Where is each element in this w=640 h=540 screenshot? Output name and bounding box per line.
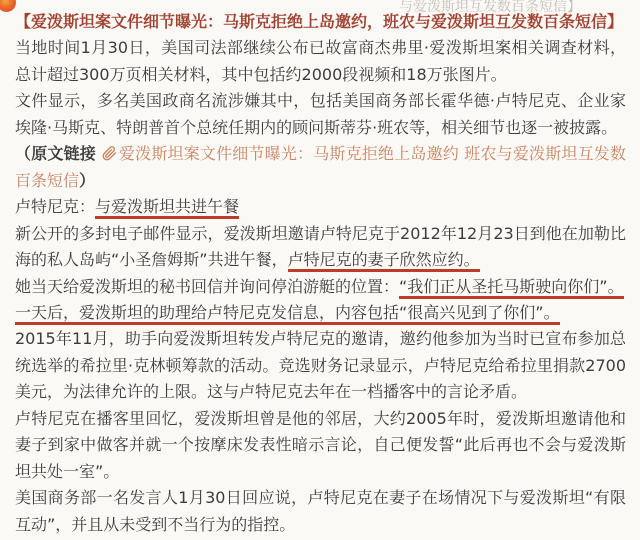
red-underlined-text: 卢特尼克的妻子欣然应约。 bbox=[288, 250, 480, 272]
text-segment: 她当天给爱泼斯坦的秘书回信并询问停泊游艇的位置： bbox=[15, 277, 399, 296]
text-segment: 美国商务部一名发言人1月30日回应说，卢特尼克在妻子在场情况下与爱泼斯坦“有限互… bbox=[15, 488, 626, 533]
article-page: { "page": { "background": "#fbf9f6", "te… bbox=[0, 0, 640, 540]
paragraph: 一天后，爱泼斯坦的助理给卢特尼克发信息，内容包括“很高兴见到了你们”。 bbox=[15, 300, 626, 326]
red-underlined-text: “我们正从圣托马斯驶向你们”。 bbox=[399, 277, 624, 299]
text-segment: ） bbox=[79, 171, 95, 190]
article-title: 【爱泼斯坦案文件细节曝光：马斯克拒绝上岛邀约，班农与爱泼斯坦互发数百条短信】 bbox=[15, 9, 626, 35]
paragraph: 她当天给爱泼斯坦的秘书回信并询问停泊游艇的位置：“我们正从圣托马斯驶向你们”。 bbox=[15, 274, 626, 300]
paragraph: 新公开的多封电子邮件显示，爱泼斯坦邀请卢特尼克于2012年12月23日到他在加勒… bbox=[15, 221, 626, 274]
paragraph: 卢特尼克：与爱泼斯坦共进午餐 bbox=[15, 194, 626, 220]
paragraph-list: 当地时间1月30日，美国司法部继续公布已故富商杰弗里·爱泼斯坦案相关调查材料，总… bbox=[15, 35, 626, 538]
text-segment: 当地时间1月30日，美国司法部继续公布已故富商杰弗里·爱泼斯坦案相关调查材料，总… bbox=[15, 38, 626, 83]
text-segment: 文件显示，多名美国政商名流涉嫌其中，包括美国商务部长霍华德·卢特尼克、企业家埃隆… bbox=[15, 91, 626, 136]
paragraph: 美国商务部一名发言人1月30日回应说，卢特尼克在妻子在场情况下与爱泼斯坦“有限互… bbox=[15, 485, 626, 538]
text-segment: 卢特尼克在播客里回忆，爱泼斯坦曾是他的邻居，大约2005年时，爱泼斯坦邀请他和妻… bbox=[15, 409, 626, 481]
paperclip-icon bbox=[102, 146, 117, 161]
paragraph: 卢特尼克在播客里回忆，爱泼斯坦曾是他的邻居，大约2005年时，爱泼斯坦邀请他和妻… bbox=[15, 406, 626, 485]
text-segment: 卢特尼克： bbox=[15, 197, 95, 216]
red-underlined-text: 一天后，爱泼斯坦的助理给卢特尼克发信息，内容包括“很高兴见到了你们”。 bbox=[15, 303, 560, 325]
paragraph: 2015年11月，助手向爱泼斯坦转发卢特尼克的邀请，邀约他参加为当时已宣布参加总… bbox=[15, 326, 626, 405]
paragraph: （原文链接 爱泼斯坦案文件细节曝光：马斯克拒绝上岛邀约 班农与爱泼斯坦互发数百条… bbox=[15, 141, 626, 194]
text-segment: 2015年11月，助手向爱泼斯坦转发卢特尼克的邀请，邀约他参加为当时已宣布参加总… bbox=[15, 329, 626, 401]
original-article-link[interactable]: 爱泼斯坦案文件细节曝光：马斯克拒绝上岛邀约 班农与爱泼斯坦互发数百条短信 bbox=[15, 144, 626, 189]
paragraph: 文件显示，多名美国政商名流涉嫌其中，包括美国商务部长霍华德·卢特尼克、企业家埃隆… bbox=[15, 88, 626, 141]
paragraph: 当地时间1月30日，美国司法部继续公布已故富商杰弗里·爱泼斯坦案相关调查材料，总… bbox=[15, 35, 626, 88]
article-body: 【爱泼斯坦案文件细节曝光：马斯克拒绝上岛邀约，班农与爱泼斯坦互发数百条短信】 当… bbox=[0, 9, 640, 538]
red-underlined-text: 与爱泼斯坦共进午餐 bbox=[95, 197, 239, 219]
text-segment: （原文链接 bbox=[15, 144, 102, 163]
